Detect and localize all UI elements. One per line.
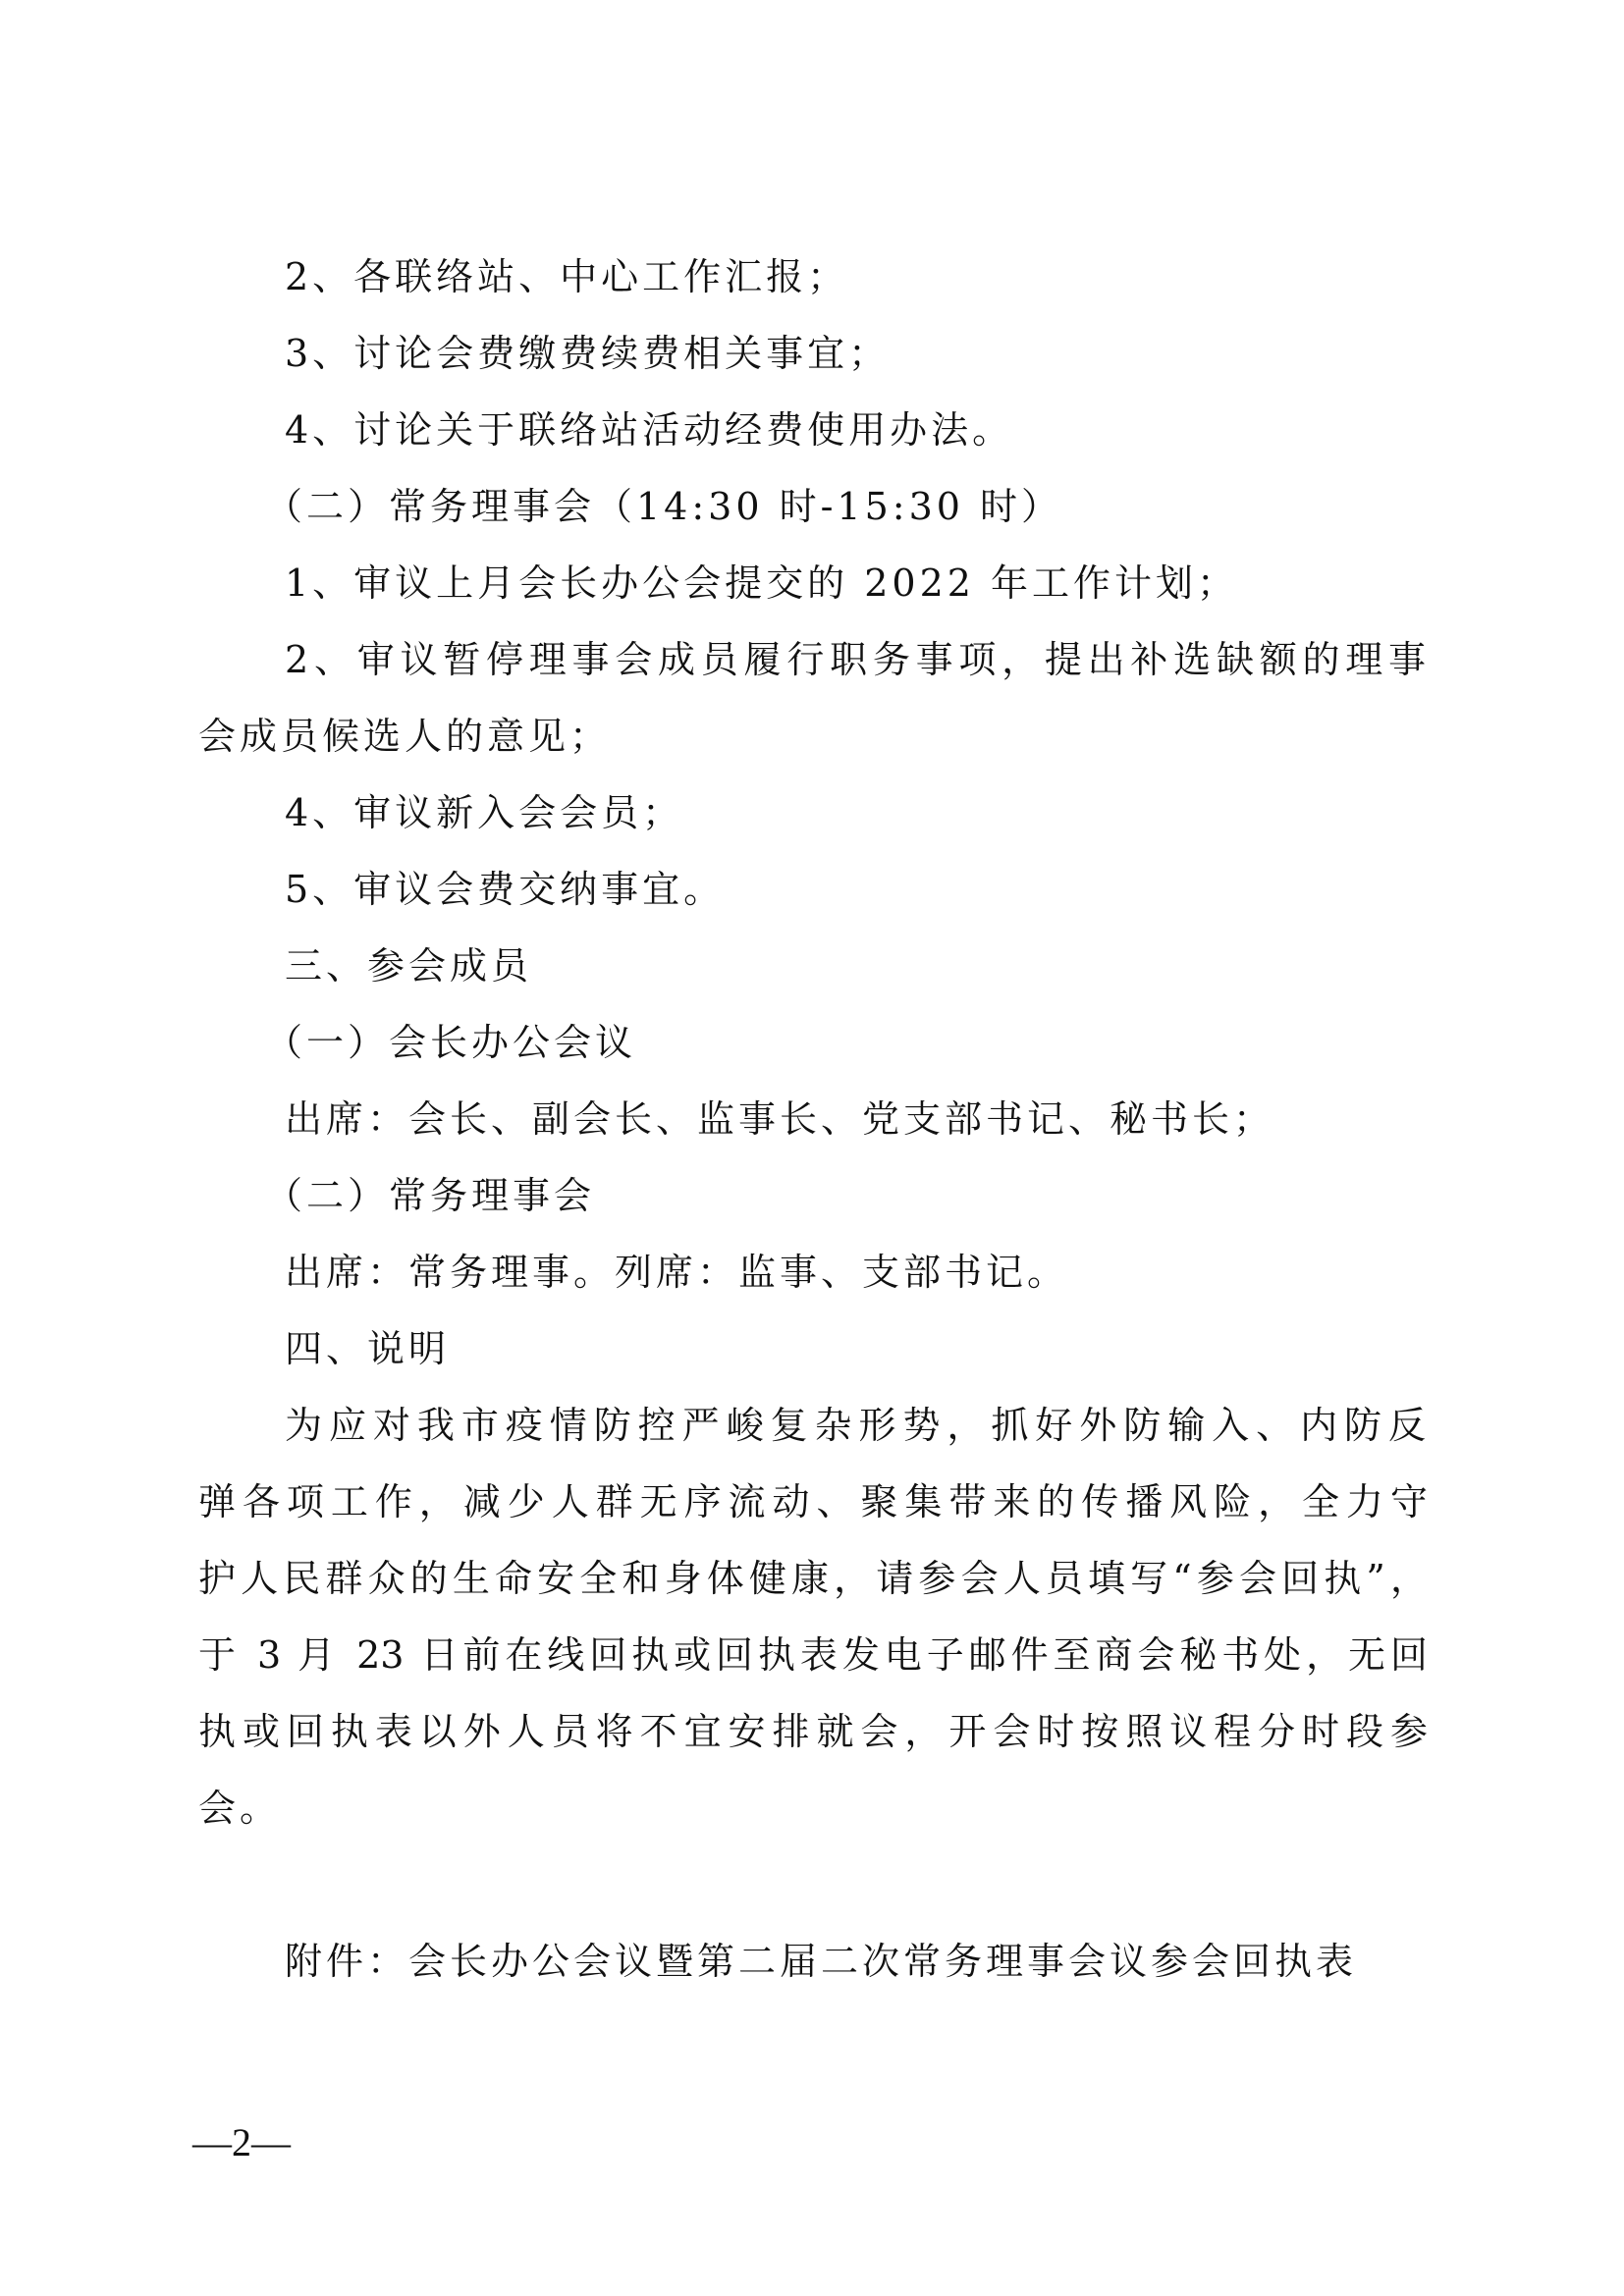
notes-paragraph-line: 弹各项工作，减少人群无序流动、聚集带来的传播风险，全力守 (198, 1464, 1428, 1540)
office-meeting-attendees: 出席：会长、副会长、监事长、党支部书记、秘书长； (285, 1081, 1522, 1157)
notes-paragraph-line: 护人民群众的生命安全和身体健康，请参会人员填写“参会回执”， (198, 1540, 1428, 1617)
standing-council-heading: （二）常务理事会（14:30 时-15:30 时） (265, 468, 1502, 545)
section-heading-notes: 四、说明 (285, 1310, 1522, 1387)
office-meeting-heading: （一）会长办公会议 (265, 1004, 1502, 1081)
agenda-item: 4、审议新入会会员； (285, 774, 1522, 851)
standing-council-attendees: 出席：常务理事。列席：监事、支部书记。 (285, 1234, 1522, 1310)
notes-paragraph-line: 执或回执表以外人员将不宜安排就会，开会时按照议程分时段参 (198, 1693, 1428, 1770)
agenda-item-continuation: 会成员候选人的意见； (198, 698, 1435, 774)
notes-paragraph-line: 会。 (198, 1770, 1435, 1846)
notes-paragraph-line: 为应对我市疫情防控严峻复杂形势，抓好外防输入、内防反 (285, 1387, 1426, 1464)
page-number: —2— (192, 2120, 291, 2165)
agenda-item: 4、讨论关于联络站活动经费使用办法。 (285, 392, 1522, 468)
agenda-item: 2、各联络站、中心工作汇报； (285, 239, 1522, 315)
agenda-item: 1、审议上月会长办公会提交的 2022 年工作计划； (285, 545, 1522, 621)
standing-council-members-heading: （二）常务理事会 (265, 1157, 1502, 1234)
agenda-item: 5、审议会费交纳事宜。 (285, 851, 1522, 928)
agenda-item: 2、审议暂停理事会成员履行职务事项，提出补选缺额的理事 (285, 621, 1426, 698)
section-heading-members: 三、参会成员 (285, 928, 1522, 1004)
notes-paragraph-line: 于 3 月 23 日前在线回执或回执表发电子邮件至商会秘书处，无回 (198, 1617, 1428, 1693)
attachment-note: 附件：会长办公会议暨第二届二次常务理事会议参会回执表 (285, 1923, 1522, 2000)
document-page: 2、各联络站、中心工作汇报； 3、讨论会费缴费续费相关事宜； 4、讨论关于联络站… (0, 0, 1624, 2296)
agenda-item: 3、讨论会费缴费续费相关事宜； (285, 315, 1522, 392)
